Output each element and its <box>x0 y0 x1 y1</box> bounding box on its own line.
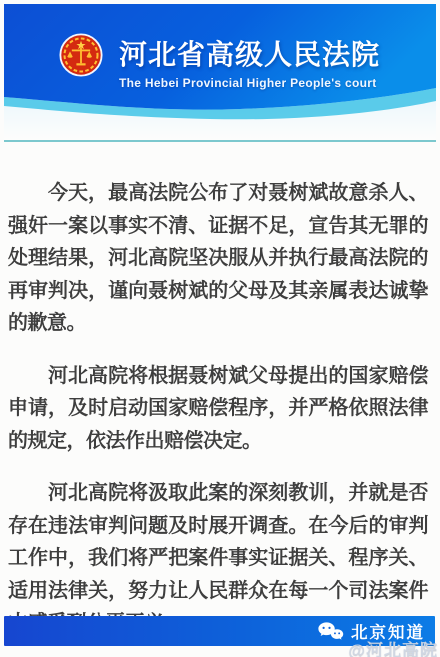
wechat-icon <box>317 621 344 642</box>
watermark-text: @河北高院 <box>348 636 438 657</box>
announcement-body: 今天，最高法院公布了对聂树斌故意杀人、强奸一案以事实不清、证据不足，宣告其无罪的… <box>0 143 440 657</box>
announcement-page: 河北省高级人民法院 The Hebei Provincial Higher Pe… <box>0 0 440 657</box>
court-emblem-icon <box>59 33 103 77</box>
header-titles: 河北省高级人民法院 The Hebei Provincial Higher Pe… <box>119 33 419 90</box>
court-name-subtitle-en: The Hebei Provincial Higher People's cou… <box>119 76 419 90</box>
paragraph-compensation: 河北高院将根据聂树斌父母提出的国家赔偿申请，及时启动国家赔偿程序，并严格依照法律… <box>8 360 428 458</box>
paragraph-apology: 今天，最高法院公布了对聂树斌故意杀人、强奸一案以事实不清、证据不足，宣告其无罪的… <box>8 177 428 340</box>
court-name-title: 河北省高级人民法院 <box>119 33 419 73</box>
